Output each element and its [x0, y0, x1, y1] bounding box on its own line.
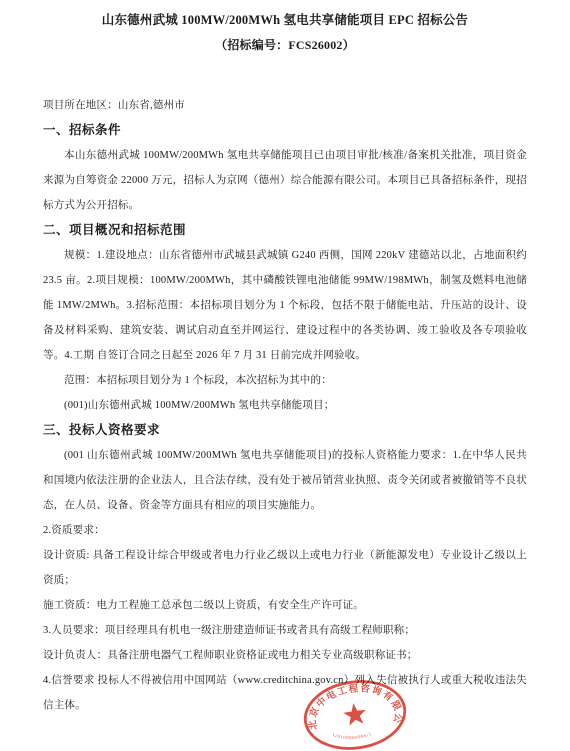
- section-1-heading: 一、招标条件: [43, 118, 527, 143]
- construction-qualification-line: 施工资质：电力工程施工总承包二级以上资质，有安全生产许可证。: [43, 593, 527, 618]
- seal-registration-number: 110108000996-1: [331, 727, 373, 744]
- personnel-requirement-line: 3.人员要求：项目经理具有机电一级注册建造师证书或者具有高级工程师职称；: [43, 618, 527, 643]
- tender-number: （招标编号：FCS26002）: [43, 33, 527, 58]
- design-lead-requirement-line: 设计负责人：具备注册电器气工程师职业资格证或电力相关专业高级职称证书；: [43, 643, 527, 668]
- section-2-scale-paragraph: 规模：1.建设地点：山东省德州市武城县武城镇 G240 西侧，国网 220kV …: [43, 243, 527, 368]
- section-3-heading: 三、投标人资格要求: [43, 418, 527, 443]
- section-1-paragraph: 本山东德州武城 100MW/200MWh 氢电共享储能项目已由项目审批/核准/备…: [43, 143, 527, 218]
- section-3-intro-paragraph: (001 山东德州武城 100MW/200MWh 氢电共享储能项目)的投标人资格…: [43, 443, 527, 518]
- project-location-line: 项目所在地区：山东省,德州市: [43, 93, 527, 118]
- section-2-scope-paragraph: 范围：本招标项目划分为 1 个标段，本次招标为其中的：: [43, 368, 527, 393]
- document-title: 山东德州武城 100MW/200MWh 氢电共享储能项目 EPC 招标公告: [43, 8, 527, 33]
- tender-announcement-document: 山东德州武城 100MW/200MWh 氢电共享储能项目 EPC 招标公告 （招…: [0, 0, 570, 718]
- qualification-requirement-line: 2.资质要求：: [43, 518, 527, 543]
- section-2-heading: 二、项目概况和招标范围: [43, 218, 527, 243]
- design-qualification-line: 设计资质: 具备工程设计综合甲级或者电力行业乙级以上或电力行业（新能源发电）专业…: [43, 543, 527, 593]
- section-2-lot-line: (001)山东德州武城 100MW/200MWh 氢电共享储能项目；: [43, 393, 527, 418]
- credit-requirement-line: 4.信誉要求 投标人不得被信用中国网站（www.creditchina.gov.…: [43, 668, 527, 718]
